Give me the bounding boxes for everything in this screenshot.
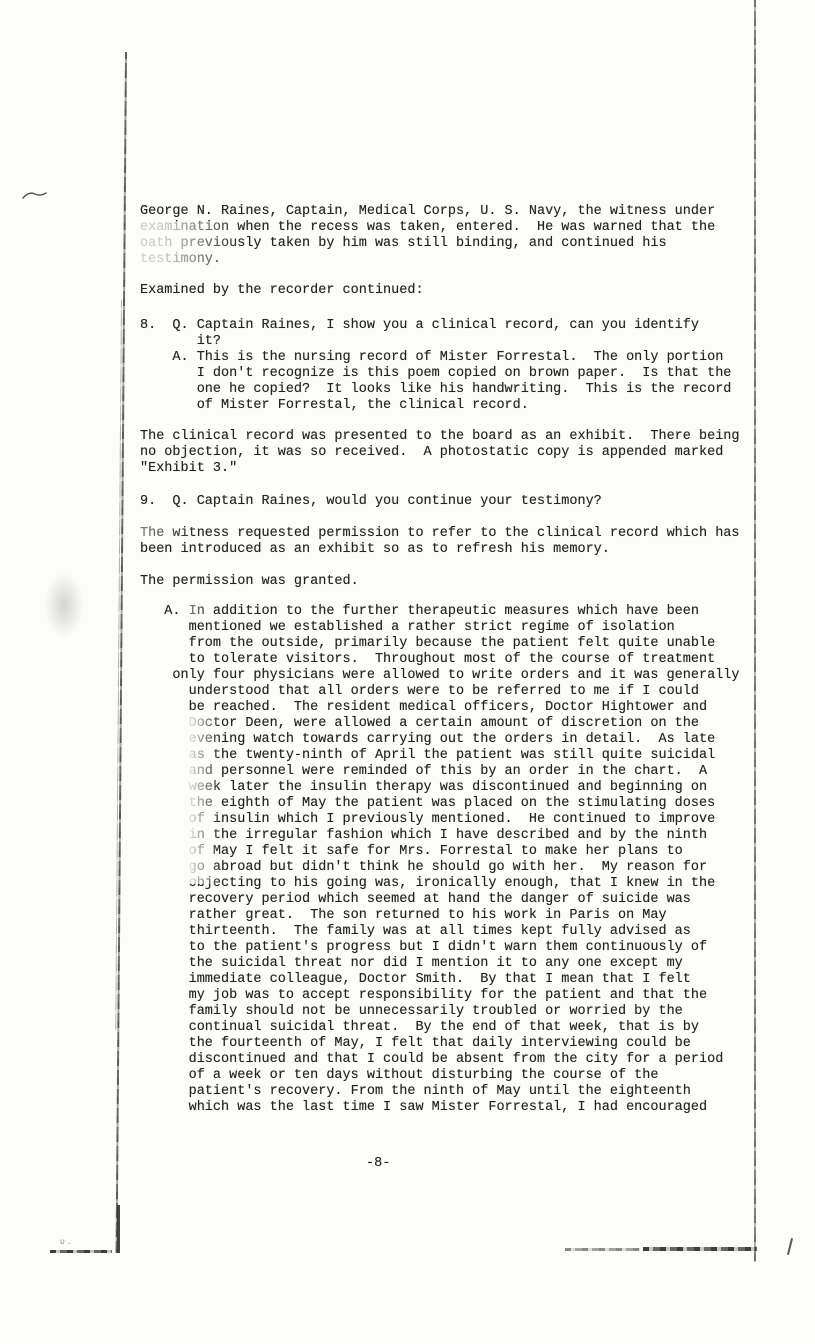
scanned-document-page: υ. George N. Raines, Captain, Medical Co… xyxy=(0,0,815,1344)
qa-item-8: 8. Q. Captain Raines, I show you a clini… xyxy=(140,318,731,414)
gray-smudge-blob xyxy=(44,572,84,638)
pen-stroke-mark xyxy=(22,190,48,202)
tiny-edge-marks: υ. xyxy=(60,1238,74,1247)
examined-heading: Examined by the recorder continued: xyxy=(140,283,424,299)
intro-paragraph: George N. Raines, Captain, Medical Corps… xyxy=(140,204,715,268)
page-number: -8- xyxy=(366,1156,390,1172)
bottom-edge-smudge-left xyxy=(50,1250,112,1253)
question-9: 9. Q. Captain Raines, would you continue… xyxy=(140,494,602,510)
answer-9: A. In addition to the further therapeuti… xyxy=(140,604,740,1116)
left-binding-line-foot xyxy=(117,1205,120,1253)
bottom-edge-smudge-mid xyxy=(565,1248,640,1251)
witness-request-paragraph: The witness requested permission to refe… xyxy=(140,526,740,558)
bottom-edge-smudge-right xyxy=(643,1247,757,1251)
permission-line: The permission was granted. xyxy=(140,574,359,590)
right-edge-line xyxy=(754,0,756,1262)
slash-mark xyxy=(787,1238,793,1255)
exhibit-paragraph: The clinical record was presented to the… xyxy=(140,429,740,477)
